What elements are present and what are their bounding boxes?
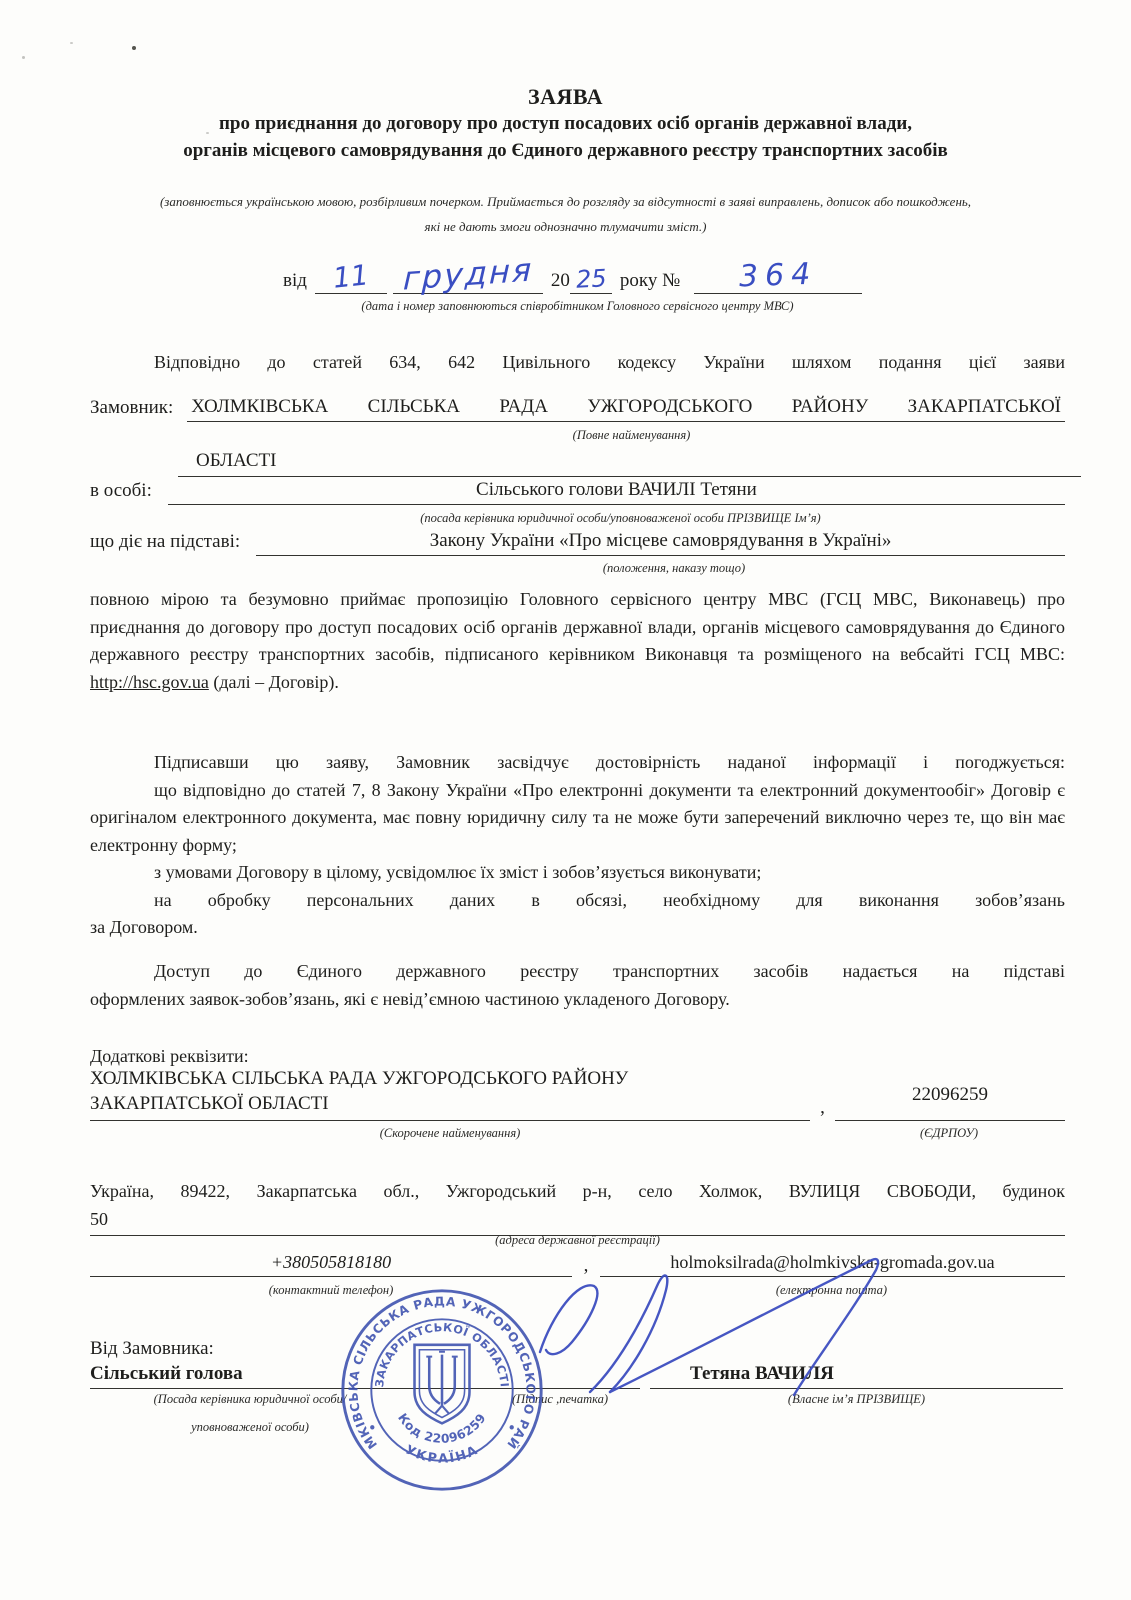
access-paragraph: Доступ до Єдиного державного реєстру тра… (90, 958, 1065, 1013)
scan-speck (22, 56, 25, 59)
confirmation-item-terms: з умовами Договору в цілому, усвідомлює … (90, 859, 1065, 887)
confirmation-item-personal-data: на обробку персональних даних в обсязі, … (90, 887, 1065, 915)
stamp-code-text: Код 22096259 (395, 1411, 489, 1446)
acceptance-paragraph: повною мірою та безумовно приймає пропоз… (90, 586, 1065, 696)
fill-instructions-note: (заповнюється українською мовою, розбірл… (60, 189, 1071, 239)
stamp-separator-dot-left (370, 1425, 374, 1429)
year-prefix-printed: 20 (551, 270, 570, 294)
date-year-field: 25 (570, 265, 612, 294)
address-line-1: Україна, 89422, Закарпатська обл., Ужгор… (90, 1178, 1065, 1206)
note-line-2: які не дають змоги однозначно тлумачити … (60, 214, 1071, 239)
basis-row: що діє на підставі: Закону України «Про … (90, 530, 1065, 556)
date-number-row: від 11 грудня 20 25 року № 364 (283, 256, 862, 294)
short-name-caption: (Скорочене найменування) (90, 1126, 810, 1141)
confirmation-intro: Підписавши цю заяву, Замовник засвідчує … (90, 749, 1065, 777)
date-month-field: грудня (393, 255, 543, 294)
handwritten-day: 11 (331, 258, 370, 295)
separator-comma: , (810, 1097, 835, 1121)
signature-curl (540, 1285, 597, 1354)
stamp-ring-text: ХОЛМКІВСЬКА СІЛЬСЬКА РАДА УЖГОРОДСЬКОГО … (334, 1282, 537, 1452)
registration-address: Україна, 89422, Закарпатська обл., Ужгор… (90, 1178, 1065, 1236)
phone-field: +380505818180 (90, 1252, 572, 1277)
basis-label: що діє на підставі: (90, 531, 240, 556)
date-prefix-label: від (283, 270, 307, 294)
record-number-field: 364 (694, 258, 862, 294)
trident-left-prong (429, 1357, 440, 1404)
customer-label: Замовник: (90, 397, 173, 422)
customer-value: ХОЛМКІВСЬКА СІЛЬСЬКА РАДА УЖГОРОДСЬКОГО … (187, 396, 1065, 422)
handwritten-year: 25 (575, 264, 607, 294)
basis-value: Закону України «Про місцеве самоврядуван… (256, 530, 1065, 556)
address-line-2: 50 (90, 1206, 1065, 1237)
short-name-field: ХОЛМКІВСЬКА СІЛЬСЬКА РАДА УЖГОРОДСЬКОГО … (90, 1066, 810, 1121)
edrpou-caption: (ЄДРПОУ) (835, 1126, 1063, 1141)
signature-flourish (610, 1259, 878, 1395)
scan-speck (70, 42, 73, 44)
date-day-field: 11 (315, 260, 387, 294)
date-row-caption: (дата і номер заповнюються співробітнико… (250, 299, 905, 314)
signature-loop (590, 1275, 667, 1392)
basis-caption: (положення, наказу тощо) (285, 561, 1063, 576)
short-name-edrpou-row: ХОЛМКІВСЬКА СІЛЬСЬКА РАДА УЖГОРОДСЬКОГО … (90, 1066, 1065, 1121)
stamp-separator-dot-right (510, 1425, 514, 1429)
hsc-gov-ua-link: http://hsc.gov.ua (90, 672, 209, 692)
document-subtitle: про приєднання до договору про доступ по… (60, 110, 1071, 164)
trident-emblem-icon (415, 1345, 470, 1424)
customer-value-continued: ОБЛАСТІ (178, 450, 1081, 477)
customer-row: Замовник: ХОЛМКІВСЬКА СІЛЬСЬКА РАДА УЖГО… (90, 396, 1065, 422)
person-row: в особі: Сільського голови ВАЧИЛІ Тетяни (90, 479, 1065, 505)
edrpou-field: 22096259 (835, 1084, 1065, 1121)
subtitle-line-1: про приєднання до договору про доступ по… (60, 110, 1071, 137)
record-number-label: року № (620, 270, 680, 294)
short-name-line-2: ЗАКАРПАТСЬКОЇ ОБЛАСТІ (90, 1091, 810, 1116)
stamp-country-text: УКРАЇНА (403, 1443, 482, 1467)
access-line-1: Доступ до Єдиного державного реєстру тра… (90, 958, 1065, 986)
short-name-line-1: ХОЛМКІВСЬКА СІЛЬСЬКА РАДА УЖГОРОДСЬКОГО … (90, 1066, 810, 1091)
confirmation-block: Підписавши цю заяву, Замовник засвідчує … (90, 749, 1065, 942)
subtitle-line-2: органів місцевого самоврядування до Єдин… (60, 137, 1071, 164)
handwritten-month: грудня (402, 250, 533, 297)
signature-strokes (540, 1259, 878, 1395)
stamp-code-content: Код 22096259 (395, 1411, 489, 1446)
handwritten-number: 364 (739, 257, 818, 295)
confirmation-item-electronic-docs: що відповідно до статей 7, 8 Закону Укра… (90, 777, 1065, 860)
access-line-2: оформлених заявок-зобов’язань, які є нев… (90, 986, 1065, 1014)
person-label: в особі: (90, 480, 152, 505)
intro-paragraph: Відповідно до статей 634, 642 Цивільного… (90, 349, 1065, 377)
acceptance-text: повною мірою та безумовно приймає пропоз… (90, 589, 1065, 664)
official-round-stamp: ХОЛМКІВСЬКА СІЛЬСЬКА РАДА УЖГОРОДСЬКОГО … (334, 1282, 550, 1498)
from-customer-label: Від Замовника: (90, 1338, 214, 1360)
note-line-1: (заповнюється українською мовою, розбірл… (60, 189, 1071, 214)
document-title: ЗАЯВА (0, 84, 1131, 110)
stamp-country-content: УКРАЇНА (403, 1443, 482, 1467)
stamp-ring-text-content: ХОЛМКІВСЬКА СІЛЬСЬКА РАДА УЖГОРОДСЬКОГО … (334, 1282, 537, 1452)
trident-right-prong (444, 1357, 455, 1404)
acceptance-text-tail: (далі – Договір). (209, 672, 339, 692)
trident-base (435, 1406, 449, 1414)
scan-speck (132, 46, 136, 50)
pen-signature (520, 1240, 920, 1415)
person-value: Сільського голови ВАЧИЛІ Тетяни (168, 479, 1065, 505)
customer-caption: (Повне найменування) (200, 428, 1063, 443)
confirmation-item-personal-data-tail: за Договором. (90, 914, 1065, 942)
person-caption: (посада керівника юридичної особи/уповно… (178, 511, 1063, 526)
document-page: ЗАЯВА про приєднання до договору про дос… (0, 0, 1131, 1600)
